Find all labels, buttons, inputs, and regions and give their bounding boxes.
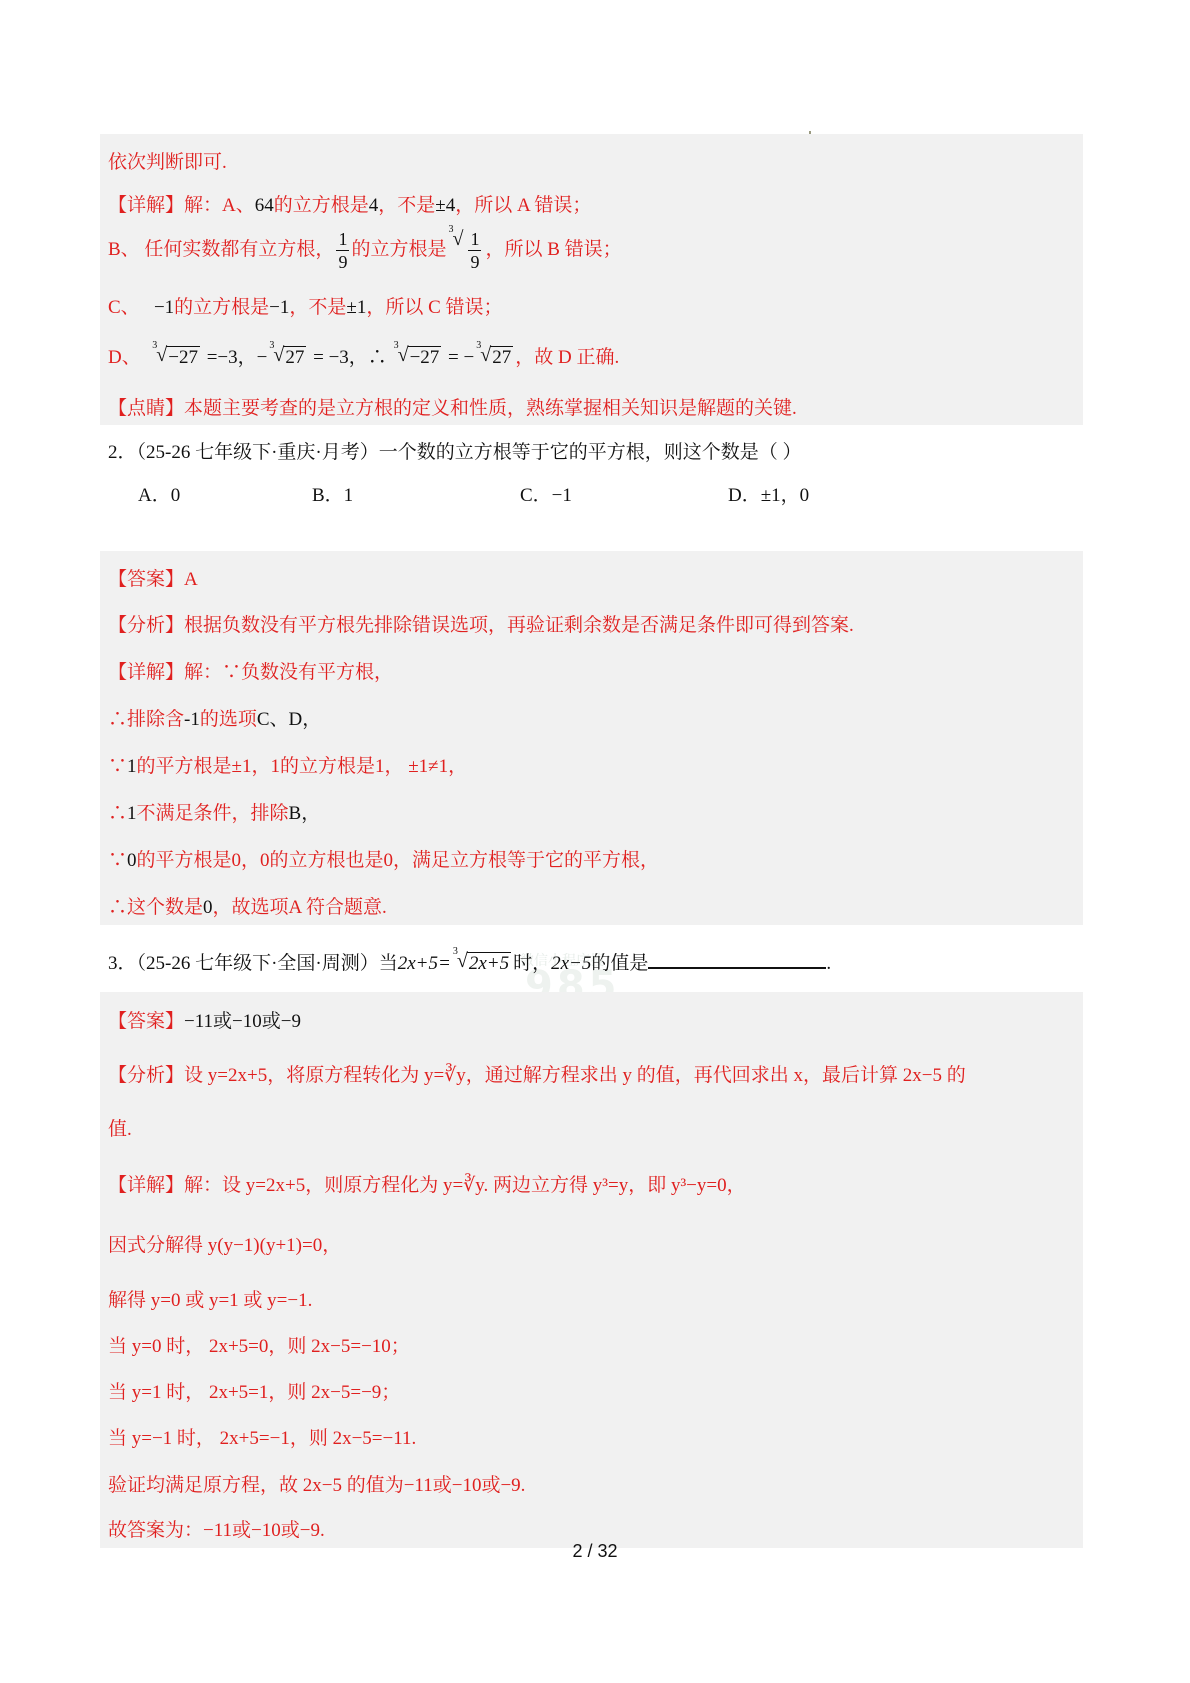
- fraction-one-ninth: 19: [336, 230, 349, 271]
- q1-detail-b: B、 任何实数都有立方根，19的立方根是3√19，所以 B 错误；: [108, 230, 622, 271]
- answer-blank: [648, 951, 826, 969]
- q2-detail-line-6: ∴这个数是0，故选项A 符合题意.: [108, 892, 387, 919]
- q3-detail-line-7: 验证均满足原方程，故 2x−5 的值为−11或−10或−9.: [108, 1470, 525, 1497]
- q2-detail-line-4: ∴1不满足条件，排除B，: [108, 798, 320, 825]
- q3-detail-line-6: 当 y=−1 时， 2x+5=−1，则 2x−5=−11.: [108, 1423, 416, 1450]
- q3-detail-line-2: 因式分解得 y(y−1)(y+1)=0，: [108, 1230, 341, 1257]
- q3-analysis-line-1: 【分析】设 y=2x+5，将原方程转化为 y=∛y，通过解方程求出 y 的值，再…: [108, 1060, 966, 1087]
- q3-detail-line-4: 当 y=0 时， 2x+5=0，则 2x−5=−10；: [108, 1331, 410, 1358]
- cube-root-one-ninth: 3√19: [448, 230, 483, 271]
- q1-detail-c: C、 −1的立方根是−1，不是±1，所以 C 错误；: [108, 292, 503, 319]
- q2-detail-line-2: ∴排除含-1的选项C、D，: [108, 704, 321, 731]
- q2-detail-line-1: 【详解】解：∵负数没有平方根，: [108, 657, 393, 684]
- q2-option-a: A．0: [138, 480, 180, 507]
- q3-stem: 3．（25-26 七年级下·全国·周测）当2x+5=3√2x+5时，2x−5的值…: [108, 948, 831, 975]
- q2-stem: 2．（25-26 七年级下·重庆·月考）一个数的立方根等于它的平方根，则这个数是…: [108, 437, 801, 464]
- q1-detail-a: 【详解】解：A、64的立方根是4，不是±4，所以 A 错误；: [108, 190, 591, 217]
- q2-option-b: B．1: [312, 480, 353, 507]
- q1-detail-d: D、 3√−27 =−3，−3√27 = −3，∴ 3√−27 = −3√27，…: [108, 342, 619, 369]
- page-number: 2 / 32: [0, 1541, 1190, 1562]
- q2-analysis: 【分析】根据负数没有平方根先排除错误选项，再验证剩余数是否满足条件即可得到答案.: [108, 610, 854, 637]
- q3-answer: 【答案】−11或−10或−9: [108, 1006, 301, 1033]
- q3-detail-line-5: 当 y=1 时， 2x+5=1，则 2x−5=−9；: [108, 1377, 400, 1404]
- q2-detail-line-3: ∵1的平方根是±1，1的立方根是1， ±1≠1，: [108, 751, 467, 778]
- q2-answer: 【答案】A: [108, 564, 198, 591]
- document-page: 依次判断即可. 【详解】解：A、64的立方根是4，不是±4，所以 A 错误； B…: [0, 0, 1190, 1683]
- q2-option-d: D．±1，0: [728, 480, 809, 507]
- q1-solution-box: [100, 134, 1083, 425]
- q1-analysis-tail: 依次判断即可.: [108, 147, 227, 174]
- q3-analysis-line-2: 值.: [108, 1114, 132, 1141]
- q3-detail-line-8: 故答案为：−11或−10或−9.: [108, 1515, 325, 1542]
- q2-detail-line-5: ∵0的平方根是0，0的立方根也是0，满足立方根等于它的平方根，: [108, 845, 659, 872]
- q3-detail-line-3: 解得 y=0 或 y=1 或 y=−1.: [108, 1285, 312, 1312]
- q1-review: 【点睛】本题主要考查的是立方根的定义和性质，熟练掌握相关知识是解题的关键.: [108, 393, 797, 420]
- q2-option-c: C．−1: [520, 480, 572, 507]
- q3-detail-line-1: 【详解】解：设 y=2x+5，则原方程化为 y=∛y. 两边立方得 y³=y，即…: [108, 1170, 746, 1197]
